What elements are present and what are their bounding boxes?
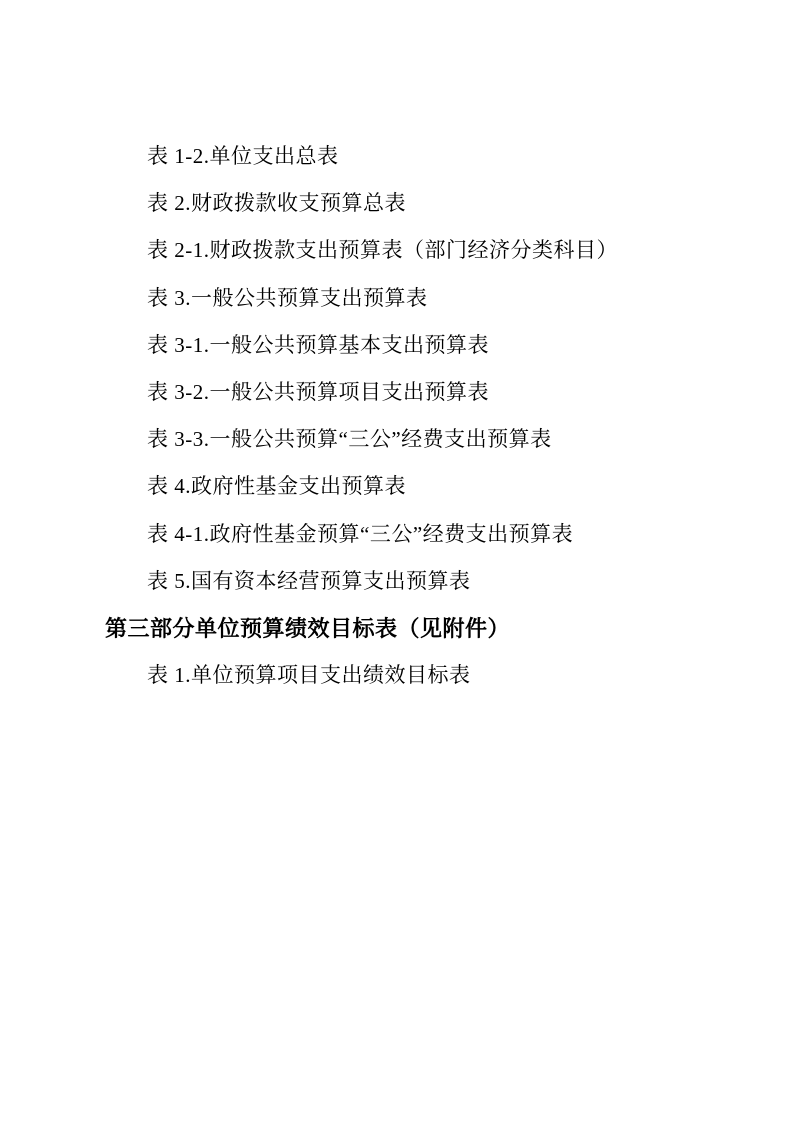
- toc-item: 表 3-3.一般公共预算“三公”经费支出预算表: [105, 416, 703, 463]
- toc-item: 表 1.单位预算项目支出绩效目标表: [105, 652, 703, 699]
- toc-item: 表 3-1.一般公共预算基本支出预算表: [105, 322, 703, 369]
- toc-item: 表 1-2.单位支出总表: [105, 133, 703, 180]
- section-heading-part3: 第三部分单位预算绩效目标表（见附件）: [105, 605, 703, 652]
- toc-item: 表 2.财政拨款收支预算总表: [105, 180, 703, 227]
- toc-item: 表 3.一般公共预算支出预算表: [105, 275, 703, 322]
- toc-item: 表 4-1.政府性基金预算“三公”经费支出预算表: [105, 511, 703, 558]
- toc-item: 表 3-2.一般公共预算项目支出预算表: [105, 369, 703, 416]
- toc-item: 表 2-1.财政拨款支出预算表（部门经济分类科目）: [105, 227, 703, 274]
- toc-item: 表 4.政府性基金支出预算表: [105, 463, 703, 510]
- toc-item: 表 5.国有资本经营预算支出预算表: [105, 558, 703, 605]
- document-page: 表 1-2.单位支出总表 表 2.财政拨款收支预算总表 表 2-1.财政拨款支出…: [0, 0, 793, 1122]
